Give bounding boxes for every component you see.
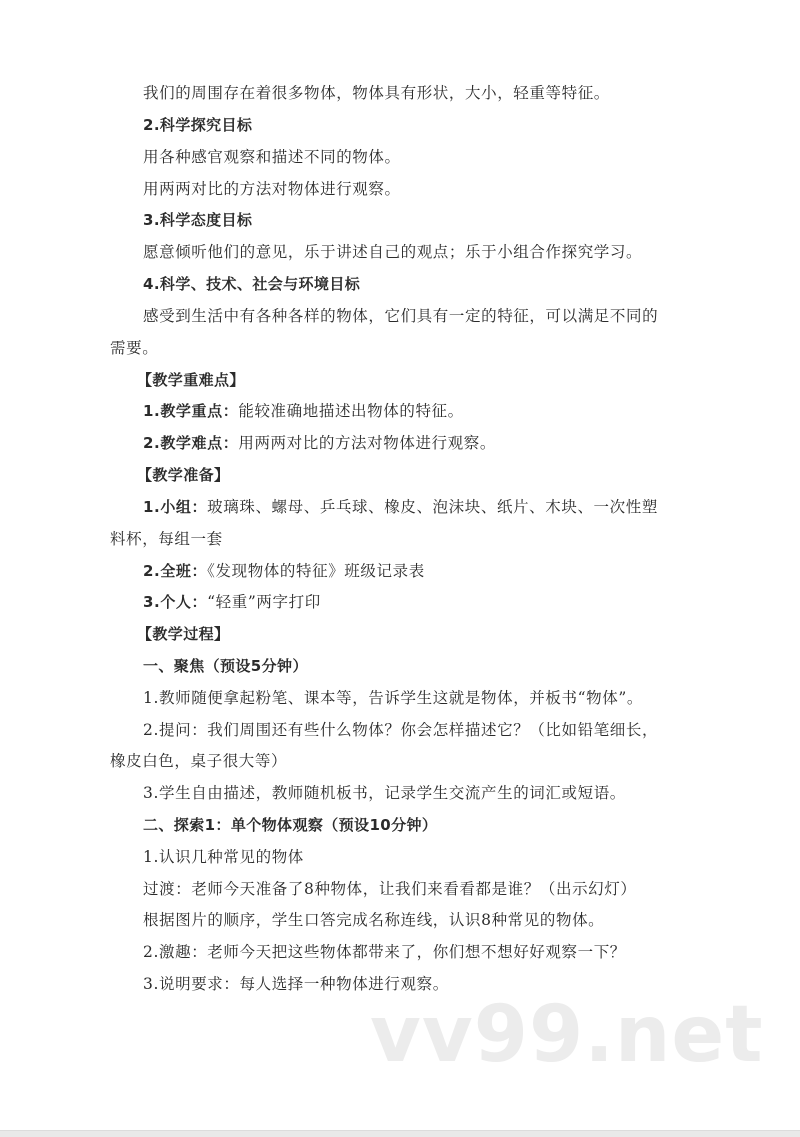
heading-science-inquiry-goal: 2.科学探究目标	[143, 115, 252, 135]
paragraph: 感受到生活中有各种各样的物体，它们具有一定的特征，可以满足不同的	[143, 306, 658, 326]
heading-science-attitude-goal: 3.科学态度目标	[143, 210, 252, 230]
item-text: “轻重”两字打印	[207, 593, 321, 611]
labeled-item: 2.全班：《发现物体的特征》班级记录表	[143, 561, 425, 581]
paragraph: 过渡：老师今天准备了8种物体，让我们来看看都是谁？（出示幻灯）	[143, 879, 636, 899]
paragraph: 2.激趣：老师今天把这些物体都带来了，你们想不想好好观察一下？	[143, 942, 626, 962]
item-text: 用两两对比的方法对物体进行观察。	[238, 434, 496, 452]
heading-explore-1: 二、探索1：单个物体观察（预设10分钟）	[143, 815, 437, 835]
heading-focus: 一、聚焦（预设5分钟）	[143, 656, 308, 676]
labeled-item: 2.教学难点：用两两对比的方法对物体进行观察。	[143, 433, 496, 453]
paragraph: 1.教师随便拿起粉笔、课本等，告诉学生这就是物体，并板书“物体”。	[143, 688, 643, 708]
paragraph: 愿意倾听他们的意见，乐于讲述自己的观点；乐于小组合作探究学习。	[143, 242, 642, 262]
section-heading-process: 【教学过程】	[137, 624, 229, 644]
labeled-item: 1.小组：玻璃珠、螺母、乒乓球、橡皮、泡沫块、纸片、木块、一次性塑	[143, 497, 658, 517]
section-heading-preparation: 【教学准备】	[137, 465, 229, 485]
section-heading-key-points: 【教学重难点】	[137, 370, 245, 390]
item-text: 玻璃珠、螺母、乒乓球、橡皮、泡沫块、纸片、木块、一次性塑	[207, 498, 658, 516]
labeled-item: 3.个人：“轻重”两字打印	[143, 592, 321, 612]
item-label: 2.教学难点：	[143, 434, 238, 452]
item-label: 2.全班：	[143, 562, 207, 580]
item-text: 《发现物体的特征》班级记录表	[207, 562, 425, 580]
item-label: 3.个人：	[143, 593, 207, 611]
item-label: 1.小组：	[143, 498, 207, 516]
labeled-item: 1.教学重点：能较准确地描述出物体的特征。	[143, 401, 464, 421]
document-page: 我们的周围存在着很多物体，物体具有形状，大小，轻重等特征。 2.科学探究目标 用…	[0, 0, 800, 1130]
paragraph-continuation: 需要。	[110, 338, 158, 358]
watermark: vv99.net	[370, 995, 764, 1075]
page-bottom-edge	[0, 1130, 800, 1137]
paragraph: 3.学生自由描述，教师随机板书，记录学生交流产生的词汇或短语。	[143, 783, 626, 803]
paragraph: 根据图片的顺序，学生口答完成名称连线，认识8种常见的物体。	[143, 910, 604, 930]
heading-stse-goal: 4.科学、技术、社会与环境目标	[143, 274, 360, 294]
paragraph: 2.提问：我们周围还有些什么物体？你会怎样描述它？（比如铅笔细长，	[143, 720, 658, 740]
item-text: 能较准确地描述出物体的特征。	[238, 402, 463, 420]
paragraph: 用各种感官观察和描述不同的物体。	[143, 147, 401, 167]
paragraph-continuation: 橡皮白色，桌子很大等）	[110, 751, 287, 771]
paragraph: 1.认识几种常见的物体	[143, 847, 304, 867]
item-label: 1.教学重点：	[143, 402, 238, 420]
paragraph: 用两两对比的方法对物体进行观察。	[143, 179, 401, 199]
paragraph: 我们的周围存在着很多物体，物体具有形状，大小，轻重等特征。	[143, 83, 610, 103]
paragraph-continuation: 料杯，每组一套	[110, 529, 223, 549]
